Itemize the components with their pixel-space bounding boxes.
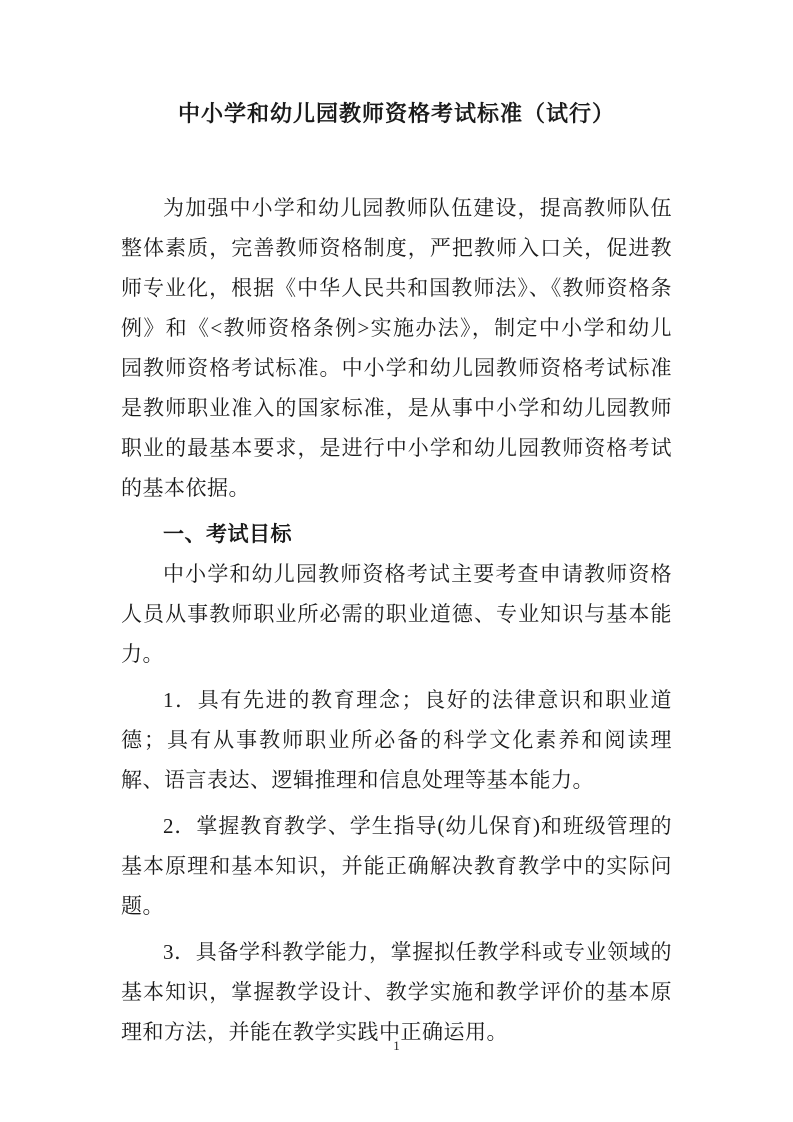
list-item-1: 1．具有先进的教育理念；良好的法律意识和职业道德；具有从事教师职业所必备的科学文…	[121, 680, 672, 800]
list-item-3: 3．具备学科教学能力，掌握拟任教学科或专业领域的基本知识，掌握教学设计、教学实施…	[121, 932, 672, 1052]
list-item-2: 2．掌握教育教学、学生指导(幼儿保育)和班级管理的基本原理和基本知识，并能正确解…	[121, 806, 672, 926]
section-heading-exam-objectives: 一、考试目标	[121, 514, 672, 554]
document-title: 中小学和幼儿园教师资格考试标准（试行）	[121, 96, 672, 132]
document-content: 中小学和幼儿园教师资格考试标准（试行） 为加强中小学和幼儿园教师队伍建设，提高教…	[121, 96, 672, 1058]
page-number: 1	[0, 1038, 793, 1054]
intro-paragraph: 为加强中小学和幼儿园教师队伍建设，提高教师队伍整体素质，完善教师资格制度，严把教…	[121, 188, 672, 508]
document-page: 中小学和幼儿园教师资格考试标准（试行） 为加强中小学和幼儿园教师队伍建设，提高教…	[0, 0, 793, 1122]
section-intro-paragraph: 中小学和幼儿园教师资格考试主要考查申请教师资格人员从事教师职业所必需的职业道德、…	[121, 554, 672, 674]
